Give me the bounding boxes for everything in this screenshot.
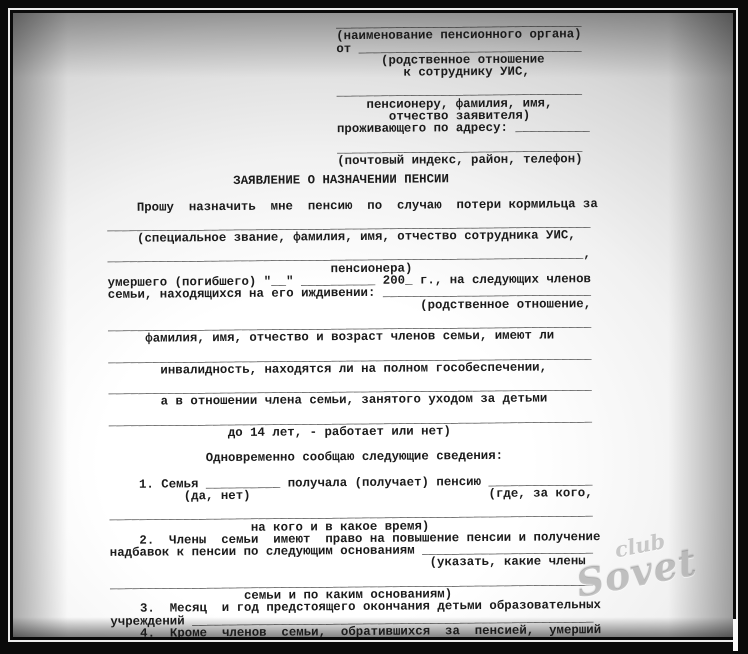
scanned-document: _________________________________ (наиме… [0, 0, 748, 654]
document-page: _________________________________ (наиме… [13, 13, 733, 637]
item-4: 4. Кроме членов семьи, обратившихся за п… [110, 624, 601, 637]
header-address-blank: проживающего по адресу: __________ [106, 121, 597, 137]
body-hint-relation: (родственное отношение, [108, 298, 599, 314]
photo-frame: _________________________________ (наиме… [8, 8, 738, 642]
document-lines: _________________________________ (наиме… [106, 16, 602, 637]
header-relation-2: к сотруднику УИС, [106, 65, 597, 81]
body-hint-caregiver: а в отношении члена семьи, занятого уход… [109, 392, 600, 408]
watermark-club-text: club [613, 521, 702, 562]
header-postal-hint: (почтовый индекс, район, телефон) [107, 153, 598, 169]
body-hint-children: до 14 лет, - работает или нет) [109, 424, 600, 440]
item-2-hint: (указать, какие члены [110, 555, 601, 571]
body-hint-rank: (специальное звание, фамилия, имя, отчес… [107, 229, 598, 245]
body-hint-family: фамилия, имя, отчество и возраст членов … [108, 329, 599, 345]
scan-artifact-tick [733, 619, 738, 651]
item-1-hints: (да, нет) (где, за кого, [109, 487, 600, 503]
body-request: Прошу назначить мне пенсию по случаю пот… [107, 198, 598, 214]
body-info-heading: Одновременно сообщаю следующие сведения: [109, 449, 600, 465]
body-hint-disability: инвалидность, находятся ли на полном гос… [108, 361, 599, 377]
form-title: ЗАЯВЛЕНИЕ О НАЗНАЧЕНИИ ПЕНСИИ [107, 172, 598, 188]
